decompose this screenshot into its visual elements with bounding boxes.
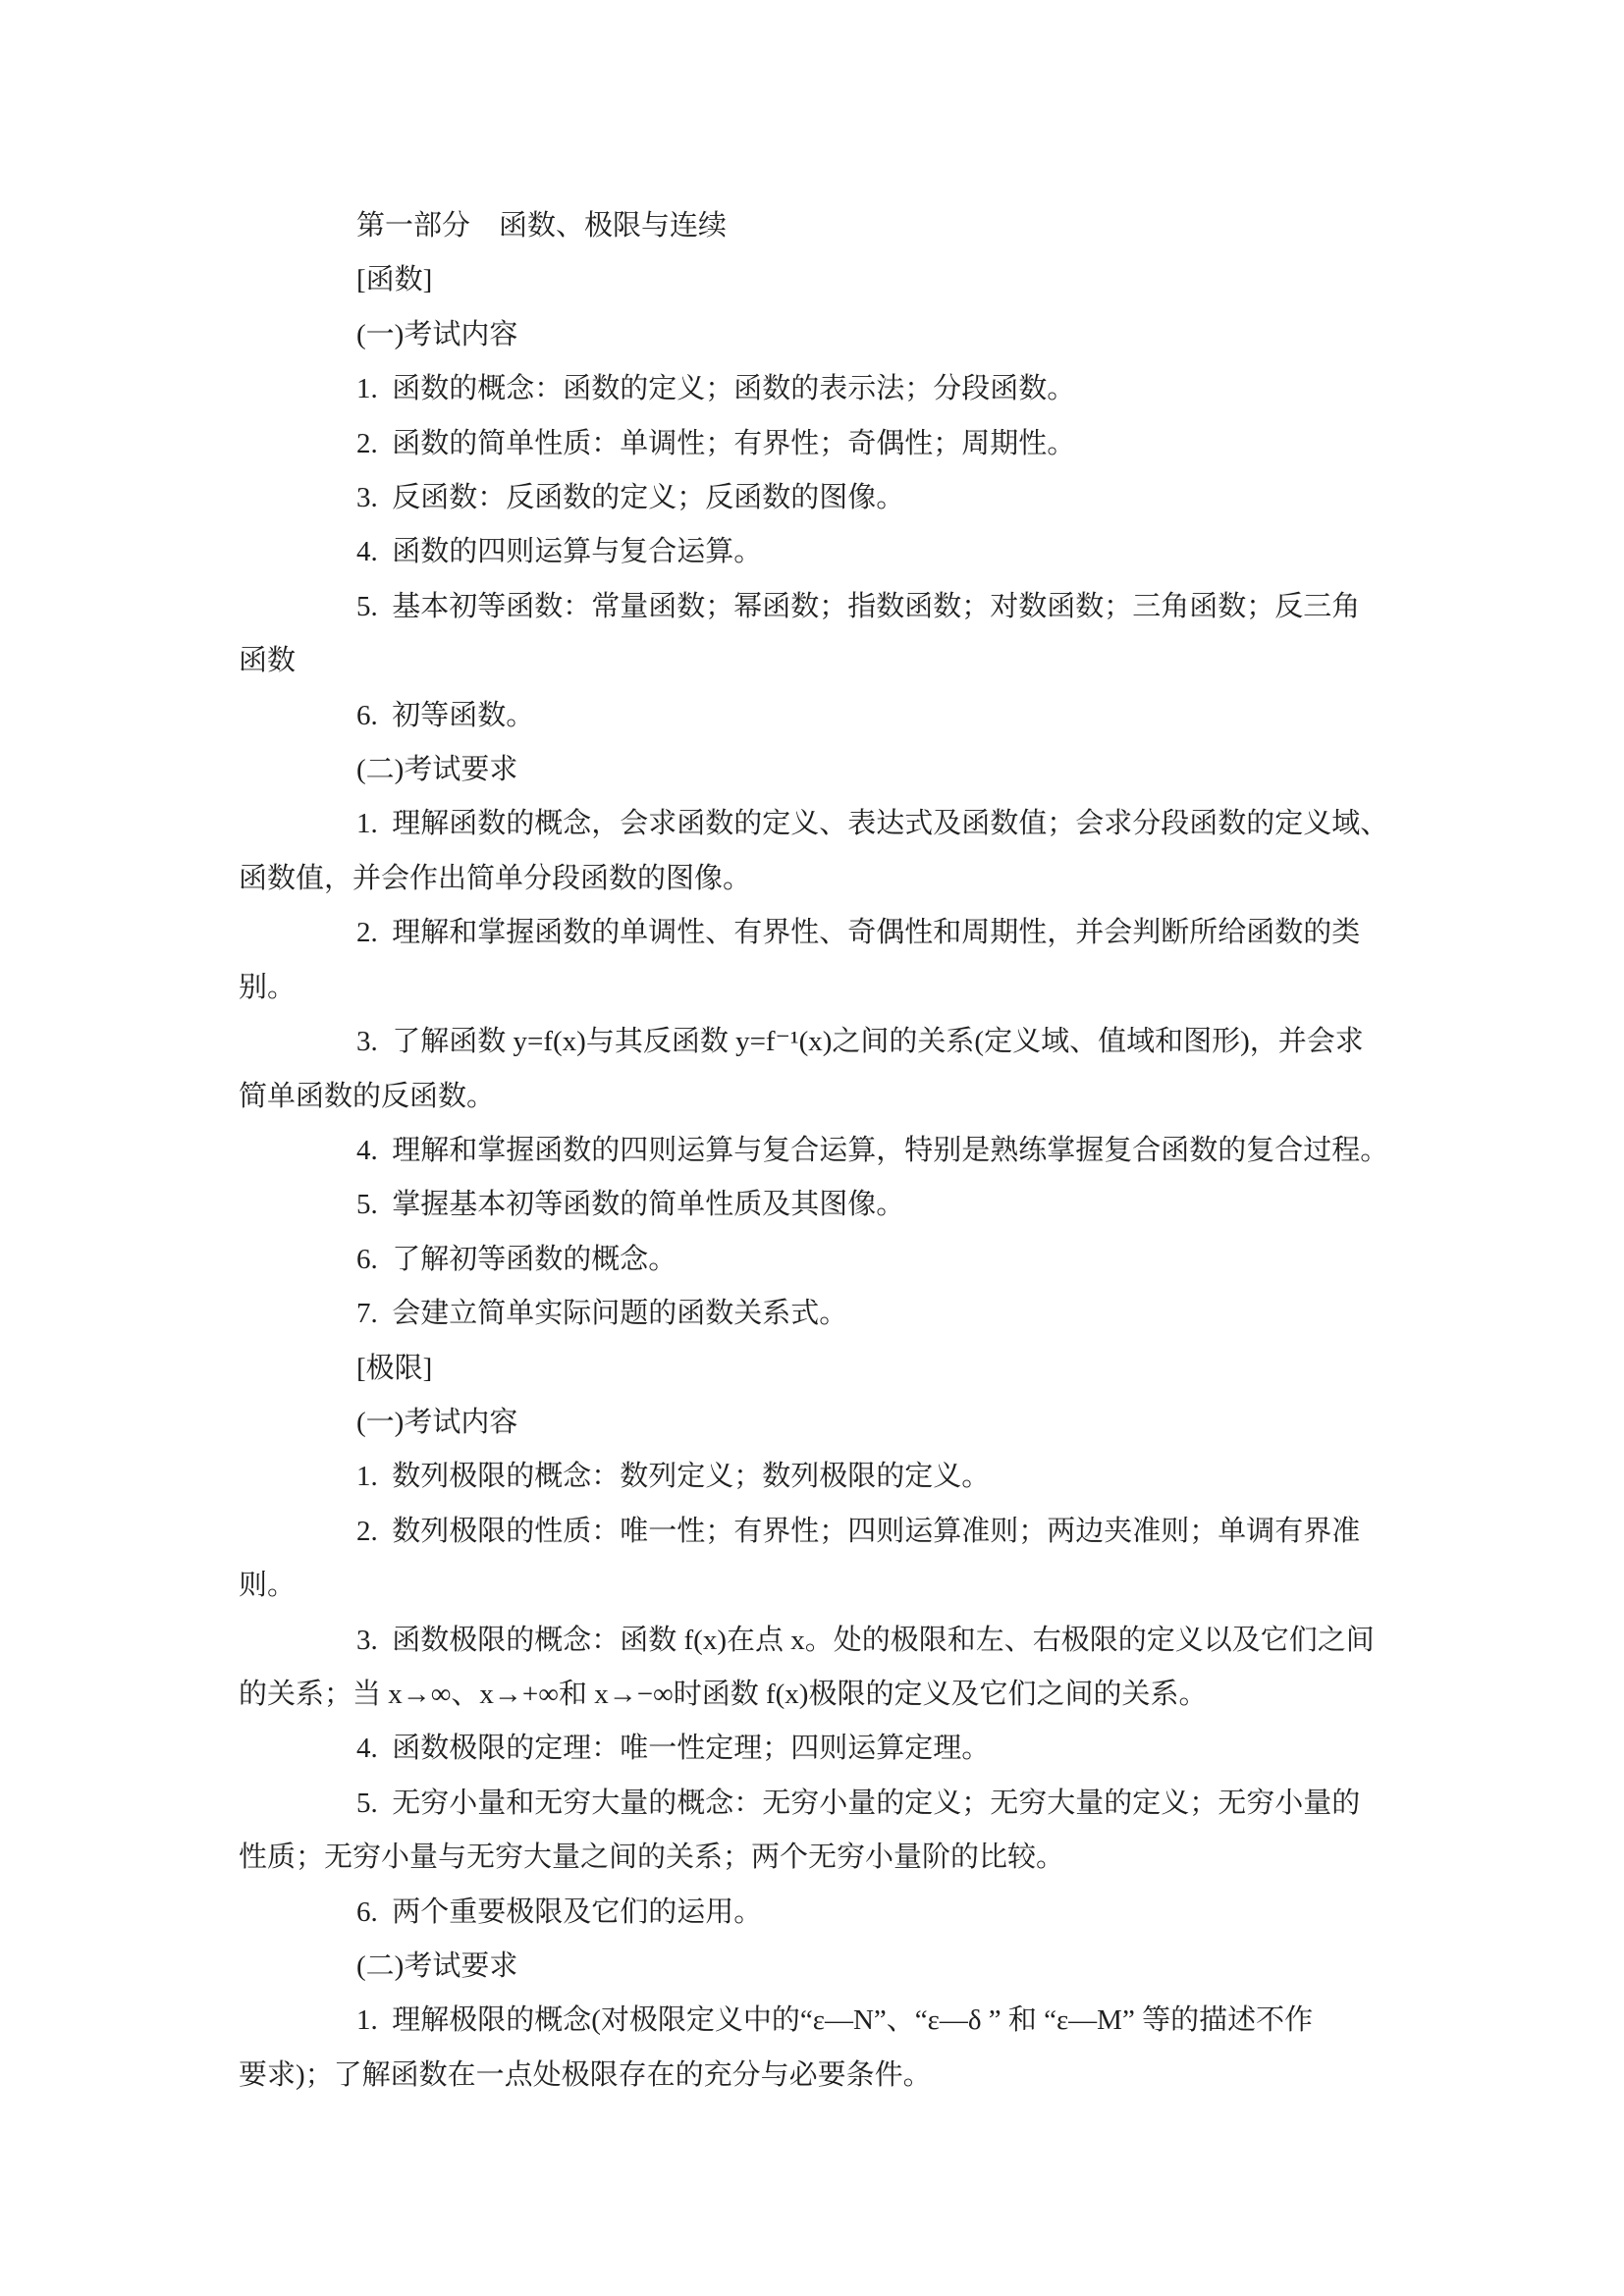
list-item: 2. 理解和掌握函数的单调性、有界性、奇偶性和周期性，并会判断所给函数的类 xyxy=(239,906,1392,960)
part-title: 第一部分 函数、极限与连续 xyxy=(239,199,1392,253)
subsection-heading: (一)考试内容 xyxy=(239,1396,1392,1450)
list-item: 5. 基本初等函数：常量函数；幂函数；指数函数；对数函数；三角函数；反三角 xyxy=(239,580,1392,634)
list-item: 6. 两个重要极限及它们的运用。 xyxy=(239,1886,1392,1940)
list-item: 1. 理解函数的概念，会求函数的定义、表达式及函数值；会求分段函数的定义域、 xyxy=(239,797,1392,851)
continuation-line: 函数 xyxy=(239,634,1392,688)
list-item: 1. 理解极限的概念(对极限定义中的“ε—N”、“ε—δ ” 和 “ε—M” 等… xyxy=(239,1994,1392,2048)
list-item: 4. 函数极限的定理：唯一性定理；四则运算定理。 xyxy=(239,1722,1392,1776)
continuation-line: 要求)；了解函数在一点处极限存在的充分与必要条件。 xyxy=(239,2049,1392,2103)
continuation-line: 性质；无穷小量与无穷大量之间的关系；两个无穷小量阶的比较。 xyxy=(239,1831,1392,1885)
list-item: 1. 函数的概念：函数的定义；函数的表示法；分段函数。 xyxy=(239,362,1392,416)
section-label-function: [函数] xyxy=(239,253,1392,307)
subsection-heading: (一)考试内容 xyxy=(239,308,1392,362)
continuation-line: 简单函数的反函数。 xyxy=(239,1070,1392,1124)
list-item: 2. 数列极限的性质：唯一性；有界性；四则运算准则；两边夹准则；单调有界准 xyxy=(239,1505,1392,1559)
list-item: 6. 初等函数。 xyxy=(239,689,1392,743)
list-item: 2. 函数的简单性质：单调性；有界性；奇偶性；周期性。 xyxy=(239,417,1392,471)
list-item: 4. 理解和掌握函数的四则运算与复合运算，特别是熟练掌握复合函数的复合过程。 xyxy=(239,1124,1392,1178)
section-label-limit: [极限] xyxy=(239,1342,1392,1396)
continuation-line: 则。 xyxy=(239,1559,1392,1613)
continuation-line: 别。 xyxy=(239,961,1392,1015)
subsection-heading: (二)考试要求 xyxy=(239,1940,1392,1994)
list-item: 3. 反函数：反函数的定义；反函数的图像。 xyxy=(239,471,1392,525)
list-item: 5. 无穷小量和无穷大量的概念：无穷小量的定义；无穷大量的定义；无穷小量的 xyxy=(239,1777,1392,1831)
list-item: 6. 了解初等函数的概念。 xyxy=(239,1233,1392,1287)
continuation-line: 的关系；当 x→∞、x→+∞和 x→−∞时函数 f(x)极限的定义及它们之间的关… xyxy=(239,1668,1392,1722)
document-text-block: 第一部分 函数、极限与连续[函数](一)考试内容1. 函数的概念：函数的定义；函… xyxy=(239,199,1392,2103)
subsection-heading: (二)考试要求 xyxy=(239,743,1392,797)
list-item: 7. 会建立简单实际问题的函数关系式。 xyxy=(239,1287,1392,1341)
list-item: 4. 函数的四则运算与复合运算。 xyxy=(239,525,1392,579)
document-page: 第一部分 函数、极限与连续[函数](一)考试内容1. 函数的概念：函数的定义；函… xyxy=(0,0,1624,2296)
list-item: 3. 函数极限的概念：函数 f(x)在点 x。处的极限和左、右极限的定义以及它们… xyxy=(239,1614,1392,1668)
list-item: 5. 掌握基本初等函数的简单性质及其图像。 xyxy=(239,1178,1392,1232)
continuation-line: 函数值，并会作出简单分段函数的图像。 xyxy=(239,852,1392,906)
list-item: 3. 了解函数 y=f(x)与其反函数 y=f⁻¹(x)之间的关系(定义域、值域… xyxy=(239,1015,1392,1069)
list-item: 1. 数列极限的概念：数列定义；数列极限的定义。 xyxy=(239,1450,1392,1504)
